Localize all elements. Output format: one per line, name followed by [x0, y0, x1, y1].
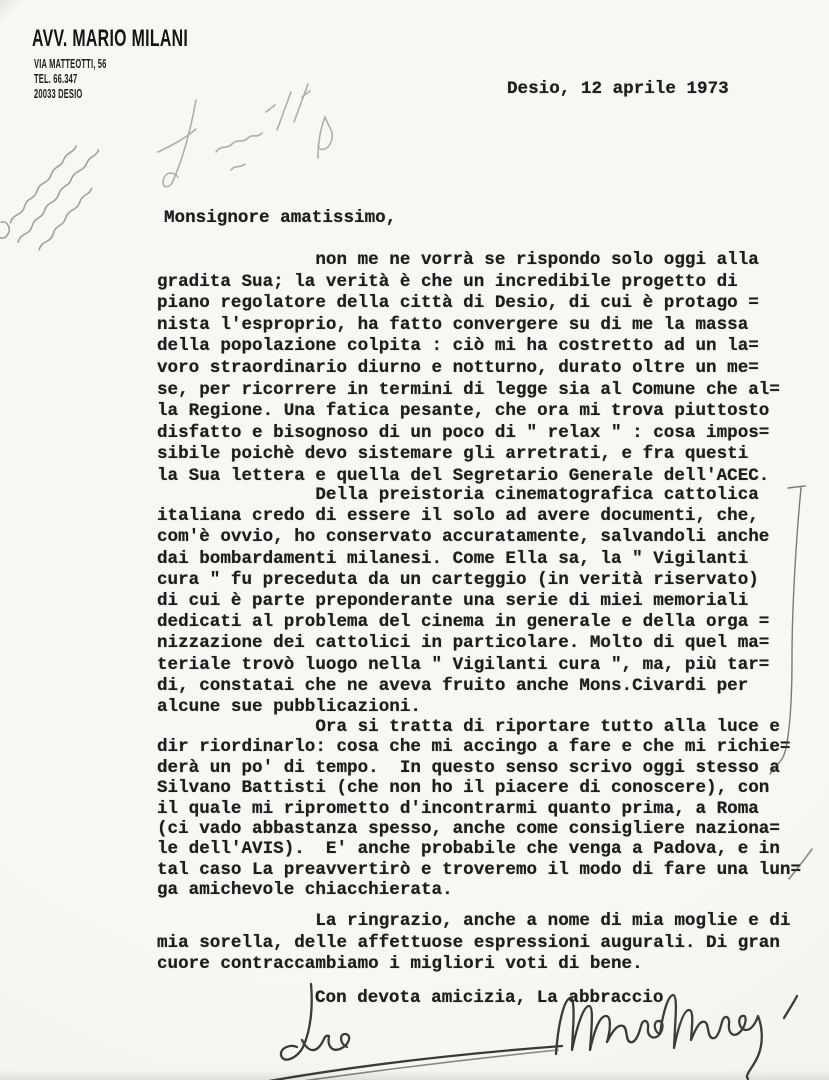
letterhead-address-city: 20033 DESIO — [34, 86, 107, 101]
letterhead-address-street: VIA MATTEOTTI, 56 — [34, 56, 107, 71]
paragraph-4: La ringrazio, anche a nome di mia moglie… — [157, 911, 790, 976]
paragraph-3: Ora si tratta di riportare tutto alla lu… — [157, 717, 801, 901]
salutation: Monsignore amatissimo, — [164, 208, 396, 230]
letterhead-name: AVV. MARIO MILANI — [32, 27, 188, 51]
date-line: Desio, 12 aprile 1973 — [507, 79, 729, 101]
letterhead-address: VIA MATTEOTTI, 56 TEL. 66.347 20033 DESI… — [34, 56, 107, 101]
handwritten-note-top-center-icon — [158, 84, 332, 187]
handwritten-note-top-left-icon — [0, 137, 124, 266]
paragraph-1: non me ne vorrà se rispondo solo oggi al… — [157, 250, 780, 488]
letterhead-address-phone: TEL. 66.347 — [34, 71, 107, 86]
closing-line: Con devota amicizia, La abbraccio — [315, 988, 663, 1010]
paragraph-2: Della preistoria cinematografica cattoli… — [157, 485, 769, 718]
letter-page: AVV. MARIO MILANI VIA MATTEOTTI, 56 TEL.… — [0, 0, 829, 1080]
